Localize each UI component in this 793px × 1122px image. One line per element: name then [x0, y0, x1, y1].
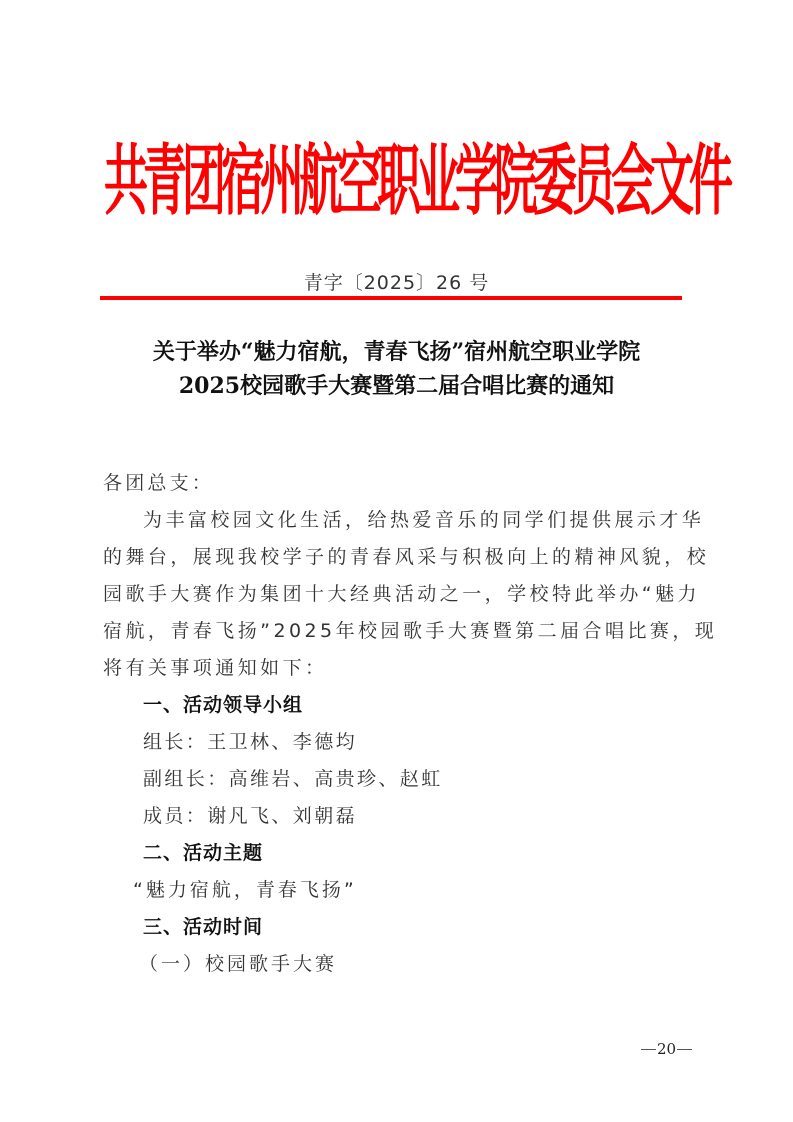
- masthead-char: 航: [299, 145, 338, 222]
- deputy-leader-line: 副组长：高维岩、高贵珍、赵虹: [103, 761, 689, 798]
- section-heading: 一、活动领导小组: [103, 687, 689, 724]
- masthead-char: 州: [260, 145, 299, 222]
- dash-left: [641, 1049, 656, 1050]
- masthead-char: 文: [650, 145, 689, 222]
- masthead-char: 委: [533, 145, 572, 222]
- document-body: 各团总支： 为丰富校园文化生活，给热爱音乐的同学们提供展示才华 的舞台，展现我校…: [103, 465, 689, 983]
- masthead-char: 宿: [221, 145, 260, 222]
- leader-line: 组长：王卫林、李德均: [103, 724, 689, 761]
- masthead-char: 团: [182, 145, 221, 222]
- title-line-2: 2025校园歌手大赛暨第二届合唱比赛的通知: [0, 369, 793, 403]
- section-heading: 三、活动时间: [103, 909, 689, 946]
- page-number-value: 20: [657, 1040, 676, 1058]
- paragraph-line: 将有关事项通知如下：: [103, 650, 689, 687]
- salutation: 各团总支：: [103, 465, 689, 502]
- masthead-char: 青: [143, 145, 182, 222]
- intro-paragraph: 为丰富校园文化生活，给热爱音乐的同学们提供展示才华 的舞台，展现我校学子的青春风…: [103, 502, 689, 687]
- paragraph-line: 宿航，青春飞扬”2025年校园歌手大赛暨第二届合唱比赛，现: [103, 613, 689, 650]
- section-time: 三、活动时间 （一）校园歌手大赛: [103, 909, 689, 983]
- section-theme: 二、活动主题 “魅力宿航，青春飞扬”: [103, 835, 689, 909]
- masthead-char: 业: [416, 145, 455, 222]
- masthead-title: 共 青 团 宿 州 航 空 职 业 学 院 委 员 会 文 件: [104, 140, 696, 226]
- section-leadership-group: 一、活动领导小组 组长：王卫林、李德均 副组长：高维岩、高贵珍、赵虹 成员：谢凡…: [103, 687, 689, 835]
- masthead-char: 学: [455, 145, 494, 222]
- dash-right: [677, 1049, 692, 1050]
- document-number: 青字〔2025〕26 号: [0, 268, 793, 295]
- title-line-1: 关于举办“魅力宿航，青春飞扬”宿州航空职业学院: [0, 335, 793, 369]
- document-title: 关于举办“魅力宿航，青春飞扬”宿州航空职业学院 2025校园歌手大赛暨第二届合唱…: [0, 335, 793, 403]
- paragraph-line: 为丰富校园文化生活，给热爱音乐的同学们提供展示才华: [103, 502, 689, 539]
- masthead-char: 职: [377, 145, 416, 222]
- masthead-char: 空: [338, 145, 377, 222]
- masthead-char: 共: [104, 145, 143, 222]
- paragraph-line: 园歌手大赛作为集团十大经典活动之一，学校特此举办“魅力: [103, 576, 689, 613]
- subsection-heading: （一）校园歌手大赛: [103, 946, 689, 983]
- masthead-char: 件: [689, 145, 728, 222]
- paragraph-line: 的舞台，展现我校学子的青春风采与积极向上的精神风貌，校: [103, 539, 689, 576]
- members-line: 成员：谢凡飞、刘朝磊: [103, 798, 689, 835]
- masthead-char: 院: [494, 145, 533, 222]
- masthead-char: 会: [611, 145, 650, 222]
- page-number: 20: [640, 1040, 693, 1058]
- section-heading: 二、活动主题: [103, 835, 689, 872]
- document-page: 共 青 团 宿 州 航 空 职 业 学 院 委 员 会 文 件 青字〔2025〕…: [0, 0, 793, 1122]
- masthead-char: 员: [572, 145, 611, 222]
- red-divider-rule: [100, 296, 682, 300]
- theme-line: “魅力宿航，青春飞扬”: [103, 872, 689, 909]
